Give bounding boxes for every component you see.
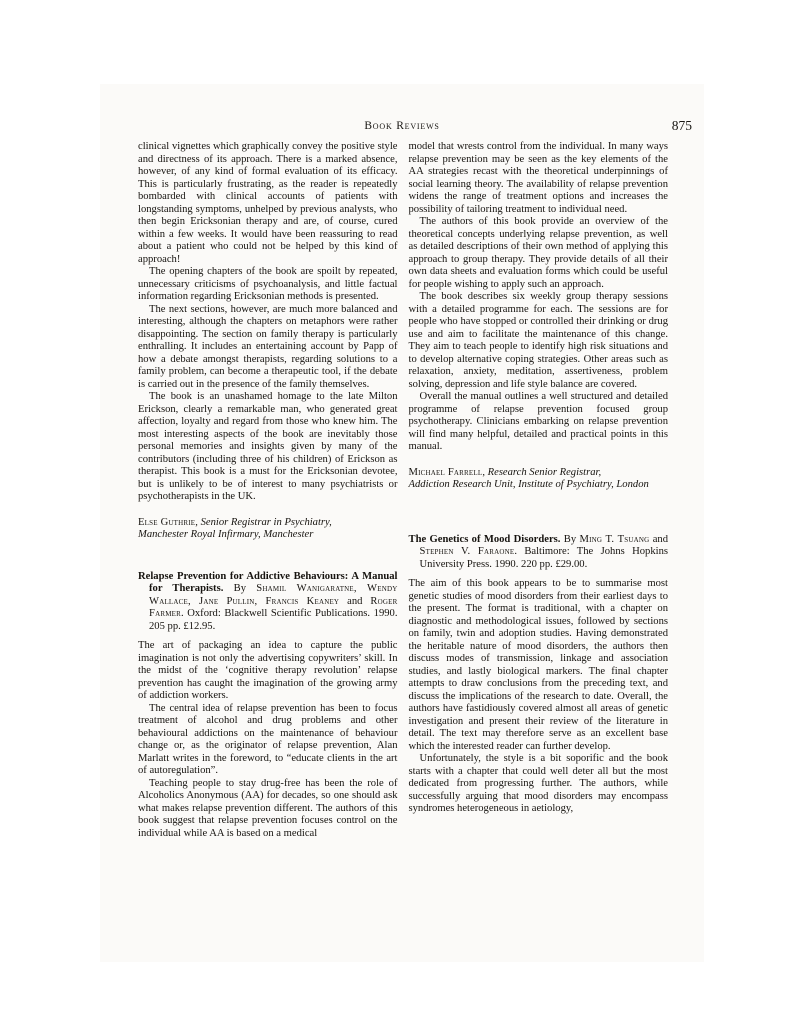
text-segment: Ming T. Tsuang	[579, 534, 649, 545]
paragraph: The central idea of relapse prevention h…	[138, 703, 398, 778]
text-segment: By	[223, 583, 256, 594]
paragraph: The opening chapters of the book are spo…	[138, 266, 398, 304]
paragraph: Teaching people to stay drug-free has be…	[138, 778, 398, 841]
text-segment: Addiction Research Unit, Institute of Ps…	[409, 479, 649, 490]
running-title: Book Reviews	[100, 120, 704, 132]
text-columns: clinical vignettes which graphically con…	[138, 141, 668, 840]
paragraph: model that wrests control from the indiv…	[409, 141, 669, 216]
signature-block: Michael Farrell, Research Senior Registr…	[409, 467, 669, 492]
text-segment: The Genetics of Mood Disorders.	[409, 534, 561, 545]
review-body-text: The aim of this book appears to be to su…	[409, 578, 669, 816]
paragraph: The art of packaging an idea to capture …	[138, 640, 398, 703]
review-heading-genetics-mood-disorders: The Genetics of Mood Disorders. By Ming …	[409, 534, 669, 572]
paragraph: The book is an unashamed homage to the l…	[138, 391, 398, 504]
page-number: 875	[672, 118, 692, 134]
text-segment: Stephen V. Faraone	[420, 546, 515, 557]
signature-block: Else Guthrie, Senior Registrar in Psychi…	[138, 517, 398, 542]
text-segment: Michael Farrell	[409, 467, 483, 478]
review-body-text: The art of packaging an idea to capture …	[138, 640, 398, 840]
page-header: Book Reviews 875	[100, 120, 704, 136]
paragraph: Overall the manual outlines a well struc…	[409, 391, 669, 454]
review-continuation-text: clinical vignettes which graphically con…	[138, 141, 398, 504]
signature-line: Addiction Research Unit, Institute of Ps…	[409, 479, 669, 492]
text-segment: and	[339, 596, 370, 607]
signature-line: Michael Farrell, Research Senior Registr…	[409, 467, 669, 480]
paragraph: The aim of this book appears to be to su…	[409, 578, 669, 753]
page: Book Reviews 875 clinical vignettes whic…	[100, 84, 704, 962]
text-segment: Manchester Royal Infirmary, Manchester	[138, 529, 313, 540]
signature-line: Else Guthrie, Senior Registrar in Psychi…	[138, 517, 398, 530]
signature-line: Manchester Royal Infirmary, Manchester	[138, 529, 398, 542]
review-body-text: model that wrests control from the indiv…	[409, 141, 669, 454]
paragraph: Unfortunately, the style is a bit sopori…	[409, 753, 669, 816]
text-segment: and	[649, 534, 668, 545]
left-column: clinical vignettes which graphically con…	[138, 141, 398, 840]
paragraph: The next sections, however, are much mor…	[138, 304, 398, 392]
text-segment: Else Guthrie	[138, 517, 195, 528]
right-column: model that wrests control from the indiv…	[409, 141, 669, 840]
text-segment: . Oxford: Blackwell Scientific Publicati…	[149, 608, 398, 632]
text-segment: By	[560, 534, 579, 545]
paragraph: The book describes six weekly group ther…	[409, 291, 669, 391]
paragraph: clinical vignettes which graphically con…	[138, 141, 398, 266]
text-segment: Senior Registrar in Psychiatry,	[201, 517, 332, 528]
text-segment: Research Senior Registrar,	[488, 467, 601, 478]
paragraph: The authors of this book provide an over…	[409, 216, 669, 291]
scanned-journal-page-canvas: Book Reviews 875 clinical vignettes whic…	[0, 0, 800, 1036]
review-heading-relapse-prevention: Relapse Prevention for Addictive Behavio…	[138, 571, 398, 634]
